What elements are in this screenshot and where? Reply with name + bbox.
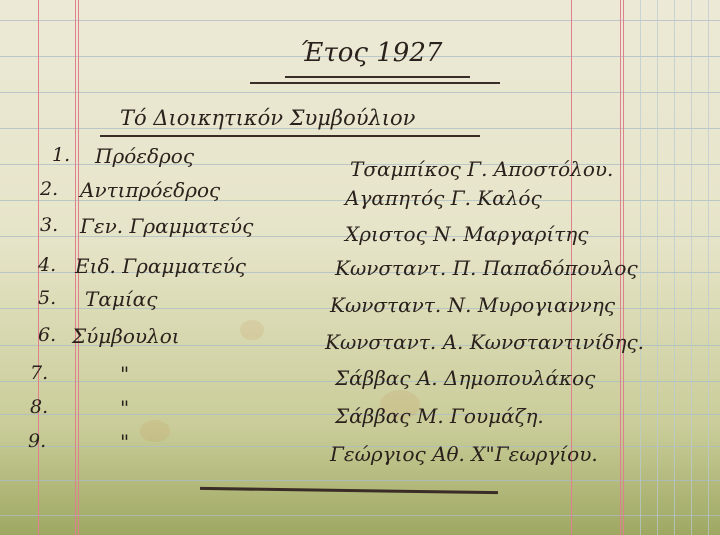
ditto-mark: " <box>120 362 129 386</box>
ledger-page: Έτος 1927 Τό Διοικητικόν Συμβούλιον 1. Π… <box>0 0 720 535</box>
member-name: Αγαπητός Γ. Καλός <box>345 186 542 210</box>
grid-line <box>657 0 658 535</box>
member-name: Σάββας Μ. Γουμάζη. <box>335 404 544 428</box>
title-underline <box>285 76 470 78</box>
grid-line <box>674 0 675 535</box>
member-role: Αντιπρόεδρος <box>80 178 220 202</box>
section-heading: Τό Διοικητικόν Συμβούλιον <box>120 106 415 130</box>
rule-line <box>0 92 720 93</box>
row-number: 2. <box>40 178 58 200</box>
member-role: Ταμίας <box>85 287 157 311</box>
member-name: Κωνσταντ. Α. Κωνσταντινίδης. <box>325 330 644 354</box>
member-role: Ειδ. Γραμματεύς <box>75 254 246 278</box>
ditto-mark: " <box>120 430 129 454</box>
grid-line <box>691 0 692 535</box>
stain <box>240 320 264 340</box>
row-number: 1. <box>52 144 70 166</box>
row-number: 4. <box>38 254 56 276</box>
row-number: 9. <box>28 430 46 452</box>
page-title: Έτος 1927 <box>300 38 442 68</box>
member-role: Γεν. Γραμματεύς <box>80 214 253 238</box>
grid-line <box>708 0 709 535</box>
member-role: Σύμβουλοι <box>72 324 180 348</box>
stain <box>140 420 170 442</box>
rule-line <box>0 20 720 21</box>
closing-rule <box>200 487 498 494</box>
row-number: 7. <box>30 362 48 384</box>
member-name: Γεώργιος Αθ. Χ"Γεωργίου. <box>330 442 598 466</box>
member-name: Κωνσταντ. Ν. Μυρογιαννης <box>330 293 615 317</box>
member-name: Σάββας Α. Δημοπουλάκος <box>335 366 595 390</box>
title-underline-2 <box>250 82 500 84</box>
heading-underline <box>100 135 480 137</box>
rule-line <box>0 480 720 481</box>
ditto-mark: " <box>120 396 129 420</box>
member-name: Χριστος Ν. Μαργαρίτης <box>345 222 588 246</box>
row-number: 6. <box>38 324 56 346</box>
rule-line <box>0 515 720 516</box>
row-number: 8. <box>30 396 48 418</box>
member-name: Τσαμπίκος Γ. Αποστόλου. <box>350 157 613 181</box>
row-number: 3. <box>40 214 58 236</box>
grid-line <box>640 0 641 535</box>
member-role: Πρόεδρος <box>95 144 194 168</box>
row-number: 5. <box>38 287 56 309</box>
member-name: Κωνσταντ. Π. Παπαδόπουλος <box>335 256 638 280</box>
